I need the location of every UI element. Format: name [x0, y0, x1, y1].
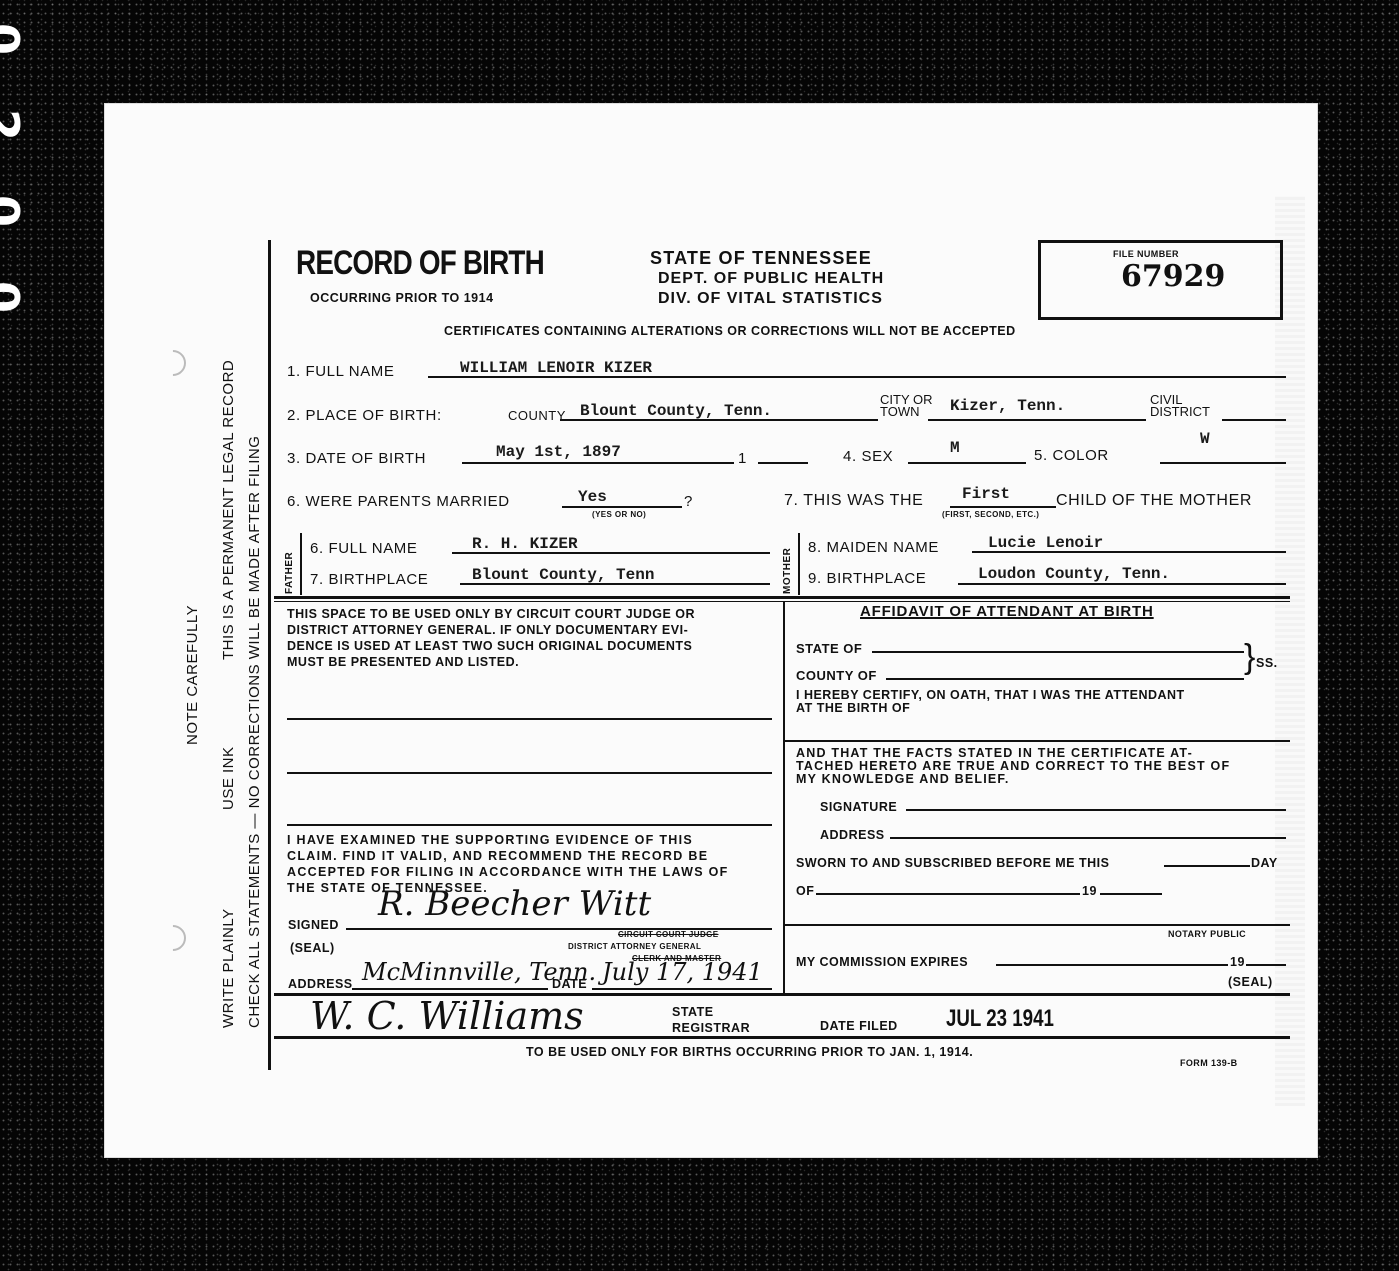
- mother-birthplace-label: 9. BIRTHPLACE: [808, 570, 926, 587]
- sworn-month-line: [816, 893, 1080, 895]
- notary-public-label: NOTARY PUBLIC: [1168, 929, 1246, 939]
- dob-line: [462, 462, 734, 464]
- evidence-line-2: [287, 772, 772, 774]
- county-line: [560, 419, 878, 421]
- sworn-day-label: DAY: [1251, 856, 1278, 870]
- court-certification-line: I HAVE EXAMINED THE SUPPORTING EVIDENCE …: [287, 832, 729, 848]
- file-number-value: 67929: [1121, 259, 1225, 294]
- court-seal-label: (SEAL): [290, 941, 335, 955]
- registrar-label: STATE REGISTRAR: [672, 1004, 750, 1036]
- city-town-label: CITY ORTOWN: [880, 394, 933, 418]
- district-label: DISTRICT: [1150, 404, 1210, 419]
- court-instructions: THIS SPACE TO BE USED ONLY BY CIRCUIT CO…: [287, 606, 695, 670]
- file-number-label: FILE NUMBER: [1113, 249, 1179, 259]
- affidavit-certify-line: AT THE BIRTH OF: [796, 702, 1185, 715]
- affidavit-ss: SS.: [1256, 656, 1278, 670]
- department-name: DEPT. OF PUBLIC HEALTH: [658, 270, 884, 288]
- affidavit-seal-label: (SEAL): [1228, 975, 1273, 989]
- color-line: [1160, 462, 1286, 464]
- court-date-line: [592, 988, 772, 990]
- document-title: RECORD OF BIRTH: [296, 244, 544, 283]
- side-note-check-statements: CHECK ALL STATEMENTS — NO CORRECTIONS WI…: [246, 436, 263, 1028]
- parents-married-hint: (YES OR NO): [592, 510, 646, 519]
- child-order-suffix: CHILD OF THE MOTHER: [1056, 492, 1252, 510]
- affidavit-certify: I HEREBY CERTIFY, ON OATH, THAT I WAS TH…: [796, 689, 1185, 715]
- reel-mark: 0: [0, 281, 29, 313]
- father-name-value: R. H. KIZER: [472, 535, 578, 553]
- court-instructions-line: DENCE IS USED AT LEAST TWO SUCH ORIGINAL…: [287, 638, 695, 654]
- court-signature: R. Beecher Witt: [378, 884, 651, 924]
- color-label: 5. COLOR: [1034, 447, 1109, 464]
- father-birthplace-label: 7. BIRTHPLACE: [310, 571, 428, 588]
- document-subtitle: OCCURRING PRIOR TO 1914: [310, 291, 494, 305]
- commission-line: [996, 964, 1228, 966]
- birth-city-value: Kizer, Tenn.: [950, 397, 1065, 415]
- affidavit-divider: [785, 740, 1290, 742]
- usage-note: TO BE USED ONLY FOR BIRTHS OCCURRING PRI…: [526, 1045, 973, 1059]
- affidavit-county-line: [886, 678, 1244, 680]
- date-of-birth-value: May 1st, 1897: [496, 443, 621, 461]
- color-value: W: [1200, 430, 1210, 448]
- mother-maiden-name-label: 8. MAIDEN NAME: [808, 539, 939, 556]
- court-date-label: DATE: [552, 977, 587, 991]
- state-name: STATE OF TENNESSEE: [650, 248, 872, 269]
- court-instructions-line: THIS SPACE TO BE USED ONLY BY CIRCUIT CO…: [287, 606, 695, 622]
- mother-birthplace-value: Loudon County, Tenn.: [978, 565, 1170, 583]
- title-district-attorney-general: DISTRICT ATTORNEY GENERAL: [568, 942, 701, 951]
- column-divider: [783, 601, 785, 996]
- sex-label: 4. SEX: [843, 448, 893, 465]
- civil-district-label: CIVILDISTRICT: [1150, 394, 1210, 418]
- affidavit-state-line: [872, 651, 1244, 653]
- affidavit-facts-line: MY KNOWLEDGE AND BELIEF.: [796, 773, 1230, 786]
- birth-county-value: Blount County, Tenn.: [580, 402, 772, 420]
- parents-married-label: 6. WERE PARENTS MARRIED: [287, 493, 510, 510]
- side-note-write-plainly: WRITE PLAINLY: [220, 908, 237, 1028]
- side-note-note-carefully: NOTE CAREFULLY: [184, 605, 201, 745]
- form-number: FORM 139-B: [1180, 1058, 1238, 1068]
- mother-maiden-name-line: [972, 551, 1286, 553]
- reel-mark: 0: [0, 23, 29, 55]
- paper-edge-shadow: [1275, 196, 1305, 1106]
- father-name-label: 6. FULL NAME: [310, 540, 418, 557]
- full-name-line: [428, 376, 1286, 378]
- parents-married-value: Yes: [578, 488, 607, 506]
- child-order-line: [950, 506, 1056, 508]
- footer-bottom-rule: [274, 1036, 1290, 1039]
- city-line: [928, 419, 1146, 421]
- court-instructions-line: MUST BE PRESENTED AND LISTED.: [287, 654, 695, 670]
- mother-birthplace-line: [958, 583, 1286, 585]
- child-order-hint: (FIRST, SECOND, ETC.): [942, 510, 1039, 519]
- affidavit-state-label: STATE OF: [796, 641, 862, 656]
- child-order-value: First: [962, 485, 1010, 503]
- section-divider: [274, 596, 1290, 599]
- full-name-label: 1. FULL NAME: [287, 363, 395, 380]
- evidence-line-3: [287, 824, 772, 826]
- sworn-year-prefix: 19: [1082, 884, 1097, 898]
- mother-bracket: [798, 533, 800, 595]
- registrar-label-state: STATE: [672, 1004, 750, 1020]
- affidavit-title: AFFIDAVIT OF ATTENDANT AT BIRTH: [860, 603, 1154, 620]
- affidavit-signature-line: [906, 809, 1286, 811]
- date-filed-label: DATE FILED: [820, 1019, 898, 1033]
- father-bracket: [300, 533, 302, 595]
- reel-mark: 0: [0, 195, 29, 227]
- affidavit-address-label: ADDRESS: [820, 828, 885, 842]
- dob-year-line: [758, 462, 808, 464]
- side-note-use-ink: USE INK: [220, 746, 237, 810]
- commission-year-prefix: 19: [1230, 955, 1245, 969]
- affidavit-facts: AND THAT THE FACTS STATED IN THE CERTIFI…: [796, 747, 1230, 786]
- court-certification-line: CLAIM. FIND IT VALID, AND RECOMMEND THE …: [287, 848, 729, 864]
- county-label: COUNTY: [508, 408, 566, 423]
- district-line: [1222, 419, 1286, 421]
- brace-icon: }: [1244, 640, 1255, 674]
- commission-expires-label: MY COMMISSION EXPIRES: [796, 955, 968, 969]
- court-address-label: ADDRESS: [288, 977, 353, 991]
- court-address-line: [352, 988, 548, 990]
- file-number-box: FILE NUMBER 67929: [1038, 240, 1283, 320]
- sworn-year-line: [1100, 893, 1162, 895]
- father-birthplace-line: [460, 583, 770, 585]
- place-of-birth-label: 2. PLACE OF BIRTH:: [287, 407, 442, 424]
- court-date-value: July 17, 1941: [602, 958, 763, 986]
- commission-year-line: [1246, 964, 1286, 966]
- court-instructions-line: DISTRICT ATTORNEY GENERAL. IF ONLY DOCUM…: [287, 622, 695, 638]
- alteration-warning: CERTIFICATES CONTAINING ALTERATIONS OR C…: [444, 324, 1016, 338]
- evidence-line-1: [287, 718, 772, 720]
- date-filed-stamp: JUL 23 1941: [946, 1005, 1054, 1033]
- court-certification-line: ACCEPTED FOR FILING IN ACCORDANCE WITH T…: [287, 864, 729, 880]
- sworn-of-label: OF: [796, 884, 814, 898]
- sworn-day-line: [1164, 865, 1250, 867]
- sex-value: M: [950, 439, 960, 457]
- mother-maiden-name-value: Lucie Lenoir: [988, 534, 1103, 552]
- division-name: DIV. OF VITAL STATISTICS: [658, 290, 883, 308]
- affidavit-address-line: [890, 837, 1286, 839]
- parents-married-line: [562, 506, 682, 508]
- parents-married-suffix: ?: [684, 493, 693, 510]
- sworn-label: SWORN TO AND SUBSCRIBED BEFORE ME THIS: [796, 856, 1109, 870]
- affidavit-signature-label: SIGNATURE: [820, 800, 897, 814]
- town-label: TOWN: [880, 404, 919, 419]
- side-note-permanent-record: THIS IS A PERMANENT LEGAL RECORD: [220, 360, 237, 660]
- mother-section-label: MOTHER: [782, 548, 793, 594]
- father-name-line: [452, 552, 770, 554]
- registrar-signature: W. C. Williams: [310, 994, 584, 1038]
- frame-left-rule: [268, 240, 271, 1070]
- affidavit-county-label: COUNTY OF: [796, 668, 877, 683]
- title-circuit-court-judge-struck: CIRCUIT COURT JUDGE: [618, 930, 719, 939]
- dob-year-prefix: 1: [738, 450, 747, 467]
- date-of-birth-label: 3. DATE OF BIRTH: [287, 450, 426, 467]
- section-divider-thin: [274, 601, 1290, 602]
- child-order-label: 7. THIS WAS THE: [784, 492, 923, 510]
- signed-label: SIGNED: [288, 918, 339, 932]
- father-section-label: FATHER: [284, 552, 295, 594]
- notary-signature-line: [785, 924, 1290, 926]
- sex-line: [908, 462, 1026, 464]
- reel-mark: 2: [0, 109, 29, 141]
- father-birthplace-value: Blount County, Tenn: [472, 566, 654, 584]
- full-name-value: WILLIAM LENOIR KIZER: [460, 359, 652, 377]
- registrar-label-registrar: REGISTRAR: [672, 1020, 750, 1036]
